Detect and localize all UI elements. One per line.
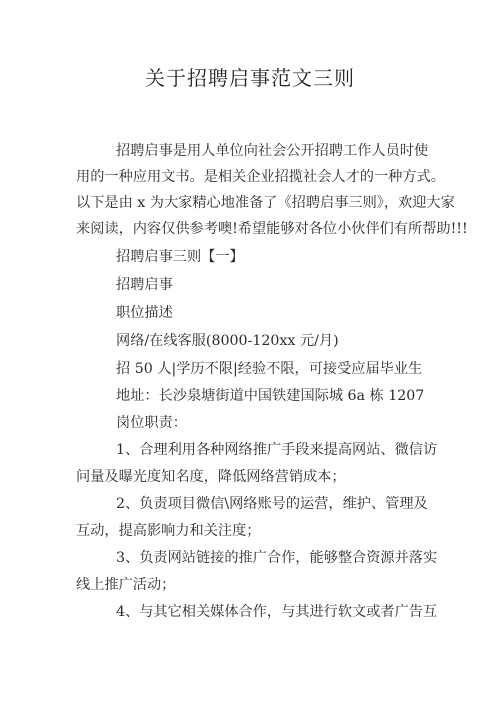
duty-item-cont: 问量及曝光度知名度，降低网络营销成本； [76,468,436,486]
duty-item: 4、与其它相关媒体合作，与其进行软文或者广告互 [116,603,476,621]
paragraph-line: 以下是由 x 为大家精心地准备了《招聘启事三则》，欢迎大家 [76,194,436,212]
paragraph-line: 招聘启事 [116,276,476,294]
paragraph-line: 职位描述 [116,304,476,322]
duty-item: 3、负责网站链接的推广合作，能够整合资源并落实 [116,549,476,567]
duty-item-cont: 线上推广活动； [76,576,436,594]
document-page: 关于招聘启事范文三则 招聘启事是用人单位向社会公开招聘工作人员时使 用的一种应用… [0,0,500,707]
address-line: 地址：长沙泉塘街道中国铁建国际城 6a 栋 1207 [116,387,476,405]
duty-item: 1、合理利用各种网络推广手段来提高网站、微信访 [116,441,476,459]
paragraph-line: 用的一种应用文书。是相关企业招揽社会人才的一种方式。 [76,168,436,186]
paragraph-line: 招 50 人|学历不限|经验不限，可接受应届毕业生 [116,360,476,378]
duty-item-cont: 互动，提高影响力和关注度； [76,522,436,540]
paragraph-line: 招聘启事是用人单位向社会公开招聘工作人员时使 [116,142,476,160]
paragraph-line: 网络/在线客服(8000-120xx 元/月) [116,332,476,350]
paragraph-line: 岗位职责： [116,414,476,432]
paragraph-line: 来阅读，内容仅供参考噢!希望能够对各位小伙伴们有所帮助!!! [76,220,436,238]
document-title: 关于招聘启事范文三则 [0,62,500,91]
section-heading: 招聘启事三则【一】 [116,248,476,266]
duty-item: 2、负责项目微信\网络账号的运营，维护、管理及 [116,495,476,513]
